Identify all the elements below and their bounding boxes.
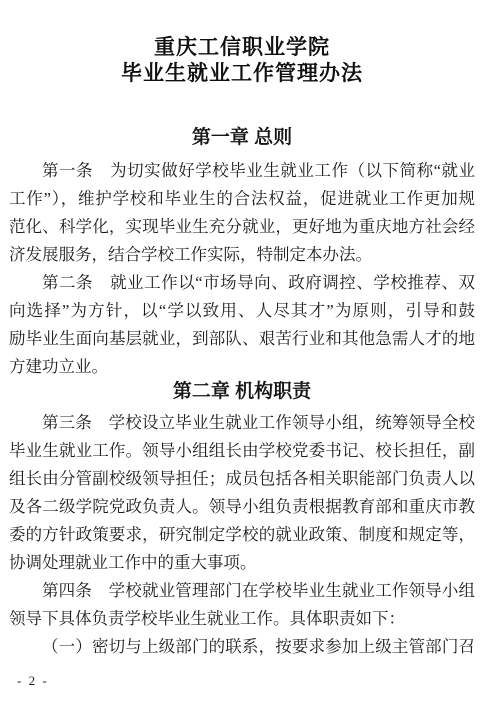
body-line: 励毕业生面向基层就业，到部队、艰苦行业和其他急需人才的地 (9, 325, 475, 353)
paragraph-item-1: （一）密切与上级部门的联系，按要求参加上级主管部门召 (9, 633, 475, 661)
chapter-2-heading: 第二章 机构职责 (9, 381, 475, 402)
body-line: （一）密切与上级部门的联系，按要求参加上级主管部门召 (9, 633, 475, 661)
body-line: 毕业生就业工作。领导小组组长由学校党委书记、校长担任，副 (9, 437, 475, 465)
document-title: 重庆工信职业学院 毕业生就业工作管理办法 (9, 34, 475, 86)
body-line: 济发展服务，结合学校工作实际，特制定本办法。 (9, 241, 475, 269)
chapter-1-heading: 第一章 总则 (9, 127, 475, 148)
title-line-1: 重庆工信职业学院 (9, 34, 475, 60)
body-line: 领导下具体负责学校毕业生就业工作。具体职责如下： (9, 605, 475, 633)
paragraph-article-4: 第四条 学校就业管理部门在学校毕业生就业工作领导小组 领导下具体负责学校毕业生就… (9, 577, 475, 633)
body-line: 第三条 学校设立毕业生就业工作领导小组，统筹领导全校 (9, 409, 475, 437)
body-line: 及各二级学院党政负责人。领导小组负责根据教育部和重庆市教 (9, 493, 475, 521)
paragraph-article-2: 第二条 就业工作以“市场导向、政府调控、学校推荐、双 向选择”为方针，以“学以致… (9, 269, 475, 381)
document-page: 重庆工信职业学院 毕业生就业工作管理办法 第一章 总则 第一条 为切实做好学校毕… (0, 0, 483, 701)
title-line-2: 毕业生就业工作管理办法 (9, 60, 475, 86)
paragraph-article-1: 第一条 为切实做好学校毕业生就业工作（以下简称“就业 工作”），维护学校和毕业生… (9, 157, 475, 269)
body-line: 第二条 就业工作以“市场导向、政府调控、学校推荐、双 (9, 269, 475, 297)
body-line: 组长由分管副校级领导担任；成员包括各相关职能部门负责人以 (9, 465, 475, 493)
body-line: 第四条 学校就业管理部门在学校毕业生就业工作领导小组 (9, 577, 475, 605)
body-line: 工作”），维护学校和毕业生的合法权益，促进就业工作更加规 (9, 185, 475, 213)
paragraph-article-3: 第三条 学校设立毕业生就业工作领导小组，统筹领导全校 毕业生就业工作。领导小组组… (9, 409, 475, 577)
page-number: - 2 - (17, 673, 475, 689)
body-line: 协调处理就业工作中的重大事项。 (9, 549, 475, 577)
body-line: 委的方针政策要求，研究制定学校的就业政策、制度和规定等， (9, 521, 475, 549)
body-line: 方建功立业。 (9, 353, 475, 381)
body-line: 第一条 为切实做好学校毕业生就业工作（以下简称“就业 (9, 157, 475, 185)
body-line: 向选择”为方针，以“学以致用、人尽其才”为原则，引导和鼓 (9, 297, 475, 325)
body-line: 范化、科学化，实现毕业生充分就业，更好地为重庆地方社会经 (9, 213, 475, 241)
